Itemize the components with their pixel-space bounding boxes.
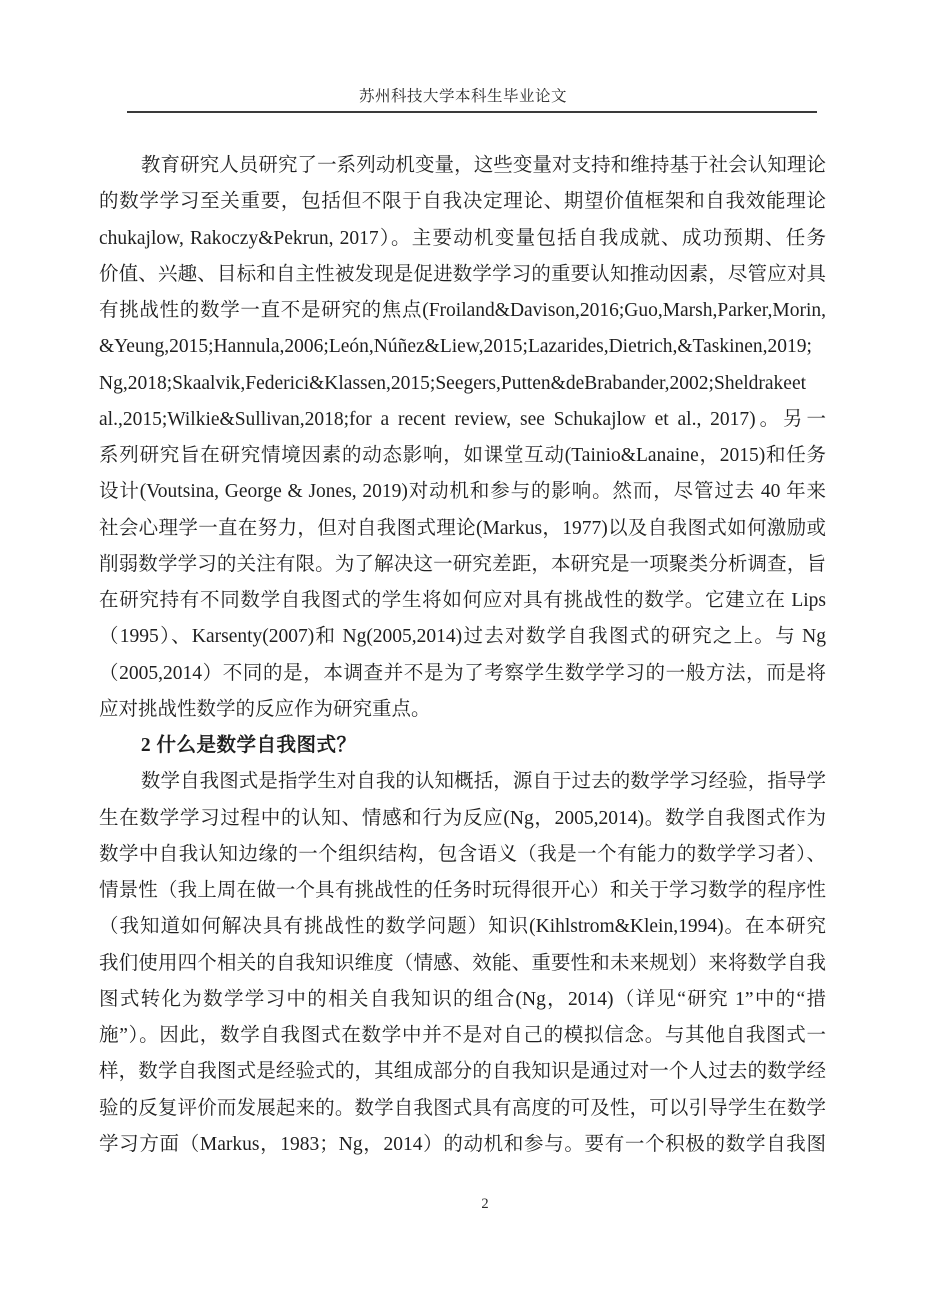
document-body: 教育研究人员研究了一系列动机变量，这些变量对支持和维持基于社会认知理论 的数学学… (99, 148, 826, 1163)
paragraph-line: 图式转化为数学学习中的相关自我知识的组合(Ng，2014)（详见“研究 1”中的… (99, 982, 826, 1018)
thesis-page: 苏州科技大学本科生毕业论文 教育研究人员研究了一系列动机变量，这些变量对支持和维… (0, 0, 926, 1309)
paragraph-line: 样，数学自我图式是经验式的，其组成部分的自我知识是通过对一个人过去的数学经 (99, 1054, 826, 1090)
page-number: 2 (440, 1196, 530, 1213)
paragraph-line: 情景性（我上周在做一个具有挑战性的任务时玩得很开心）和关于学习数学的程序性 (99, 873, 826, 909)
paragraph-line: （1995）、Karsenty(2007)和 Ng(2005,2014)过去对数… (99, 619, 826, 655)
paragraph-line: &Yeung,2015;Hannula,2006;León,Núñez&Liew… (99, 329, 826, 365)
paragraph-line: 应对挑战性数学的反应作为研究重点。 (99, 692, 826, 728)
page-header-title: 苏州科技大学本科生毕业论文 (0, 84, 926, 106)
paragraph-line: 的数学学习至关重要，包括但不限于自我决定理论、期望价值框架和自我效能理论（S (99, 184, 826, 220)
paragraph-line: 在研究持有不同数学自我图式的学生将如何应对具有挑战性的数学。它建立在 Lips (99, 583, 826, 619)
paragraph-line: （我知道如何解决具有挑战性的数学问题）知识(Kihlstrom&Klein,19… (99, 909, 826, 945)
header-divider (127, 111, 817, 113)
paragraph-line: 价值、兴趣、目标和自主性被发现是促进数学学习的重要认知推动因素，尽管应对具 (99, 257, 826, 293)
paragraph-line: 验的反复评价而发展起来的。数学自我图式具有高度的可及性，可以引导学生在数学 (99, 1091, 826, 1127)
paragraph-line: 数学中自我认知边缘的一个组织结构，包含语义（我是一个有能力的数学学习者）、 (99, 837, 826, 873)
paragraph-line: （2005,2014）不同的是，本调查并不是为了考察学生数学学习的一般方法，而是… (99, 656, 826, 692)
paragraph-line: 设计(Voutsina, George & Jones, 2019)对动机和参与… (99, 474, 826, 510)
paragraph-line: 削弱数学学习的关注有限。为了解决这一研究差距，本研究是一项聚类分析调查，旨 (99, 547, 826, 583)
paragraph-line: 数学自我图式是指学生对自我的认知概括，源自于过去的数学学习经验，指导学 (99, 764, 826, 800)
paragraph-line: 施”）。因此，数学自我图式在数学中并不是对自己的模拟信念。与其他自我图式一 (99, 1018, 826, 1054)
paragraph-line: al.,2015;Wilkie&Sullivan,2018;for a rece… (99, 402, 826, 438)
paragraph-line: 生在数学学习过程中的认知、情感和行为反应(Ng，2005,2014)。数学自我图… (99, 801, 826, 837)
paragraph-line: 学习方面（Markus，1983；Ng，2014）的动机和参与。要有一个积极的数… (99, 1127, 826, 1163)
section-heading: 2 什么是数学自我图式？ (99, 728, 826, 764)
paragraph-line: Ng,2018;Skaalvik,Federici&Klassen,2015;S… (99, 366, 826, 402)
paragraph-line: 有挑战性的数学一直不是研究的焦点(Froiland&Davison,2016;G… (99, 293, 826, 329)
paragraph-line: chukajlow, Rakoczy&Pekrun, 2017）。主要动机变量包… (99, 221, 826, 257)
paragraph-line: 系列研究旨在研究情境因素的动态影响，如课堂互动(Tainio&Lanaine，2… (99, 438, 826, 474)
paragraph-line: 社会心理学一直在努力，但对自我图式理论(Markus，1977)以及自我图式如何… (99, 511, 826, 547)
paragraph-line: 教育研究人员研究了一系列动机变量，这些变量对支持和维持基于社会认知理论 (99, 148, 826, 184)
paragraph-line: 我们使用四个相关的自我知识维度（情感、效能、重要性和未来规划）来将数学自我 (99, 946, 826, 982)
